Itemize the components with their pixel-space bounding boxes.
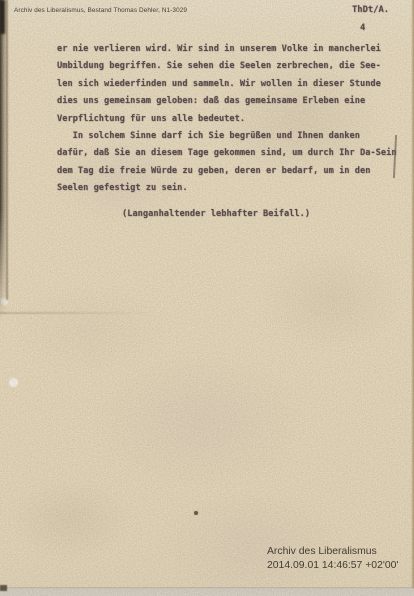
stamp-timestamp: 2014.09.01 14:46:57 +02'00' <box>267 559 398 573</box>
ink-speck <box>194 511 198 515</box>
scan-crease-line <box>6 0 8 300</box>
digital-signature-stamp: Archiv des Liberalismus 2014.09.01 14:46… <box>267 545 398 572</box>
scan-edge-bottom <box>0 587 414 596</box>
document-reference-code: ThDt/A. <box>352 5 389 15</box>
stamp-archive-name: Archiv des Liberalismus <box>267 545 398 559</box>
scanned-document-page: Archiv des Liberalismus, Bestand Thomas … <box>0 0 414 596</box>
typewritten-body-text: er nie verlieren wird. Wir sind in unser… <box>57 41 397 198</box>
punch-hole <box>8 377 19 388</box>
applause-note: (Langanhaltender lebhafter Beifall.) <box>122 209 310 219</box>
scan-edge-speck <box>0 585 7 591</box>
archive-header-label: Archiv des Liberalismus, Bestand Thomas … <box>14 7 187 14</box>
paper-fold-crease <box>0 312 150 314</box>
scan-corner-shadow <box>0 0 5 34</box>
page-number: 4 <box>360 23 365 33</box>
